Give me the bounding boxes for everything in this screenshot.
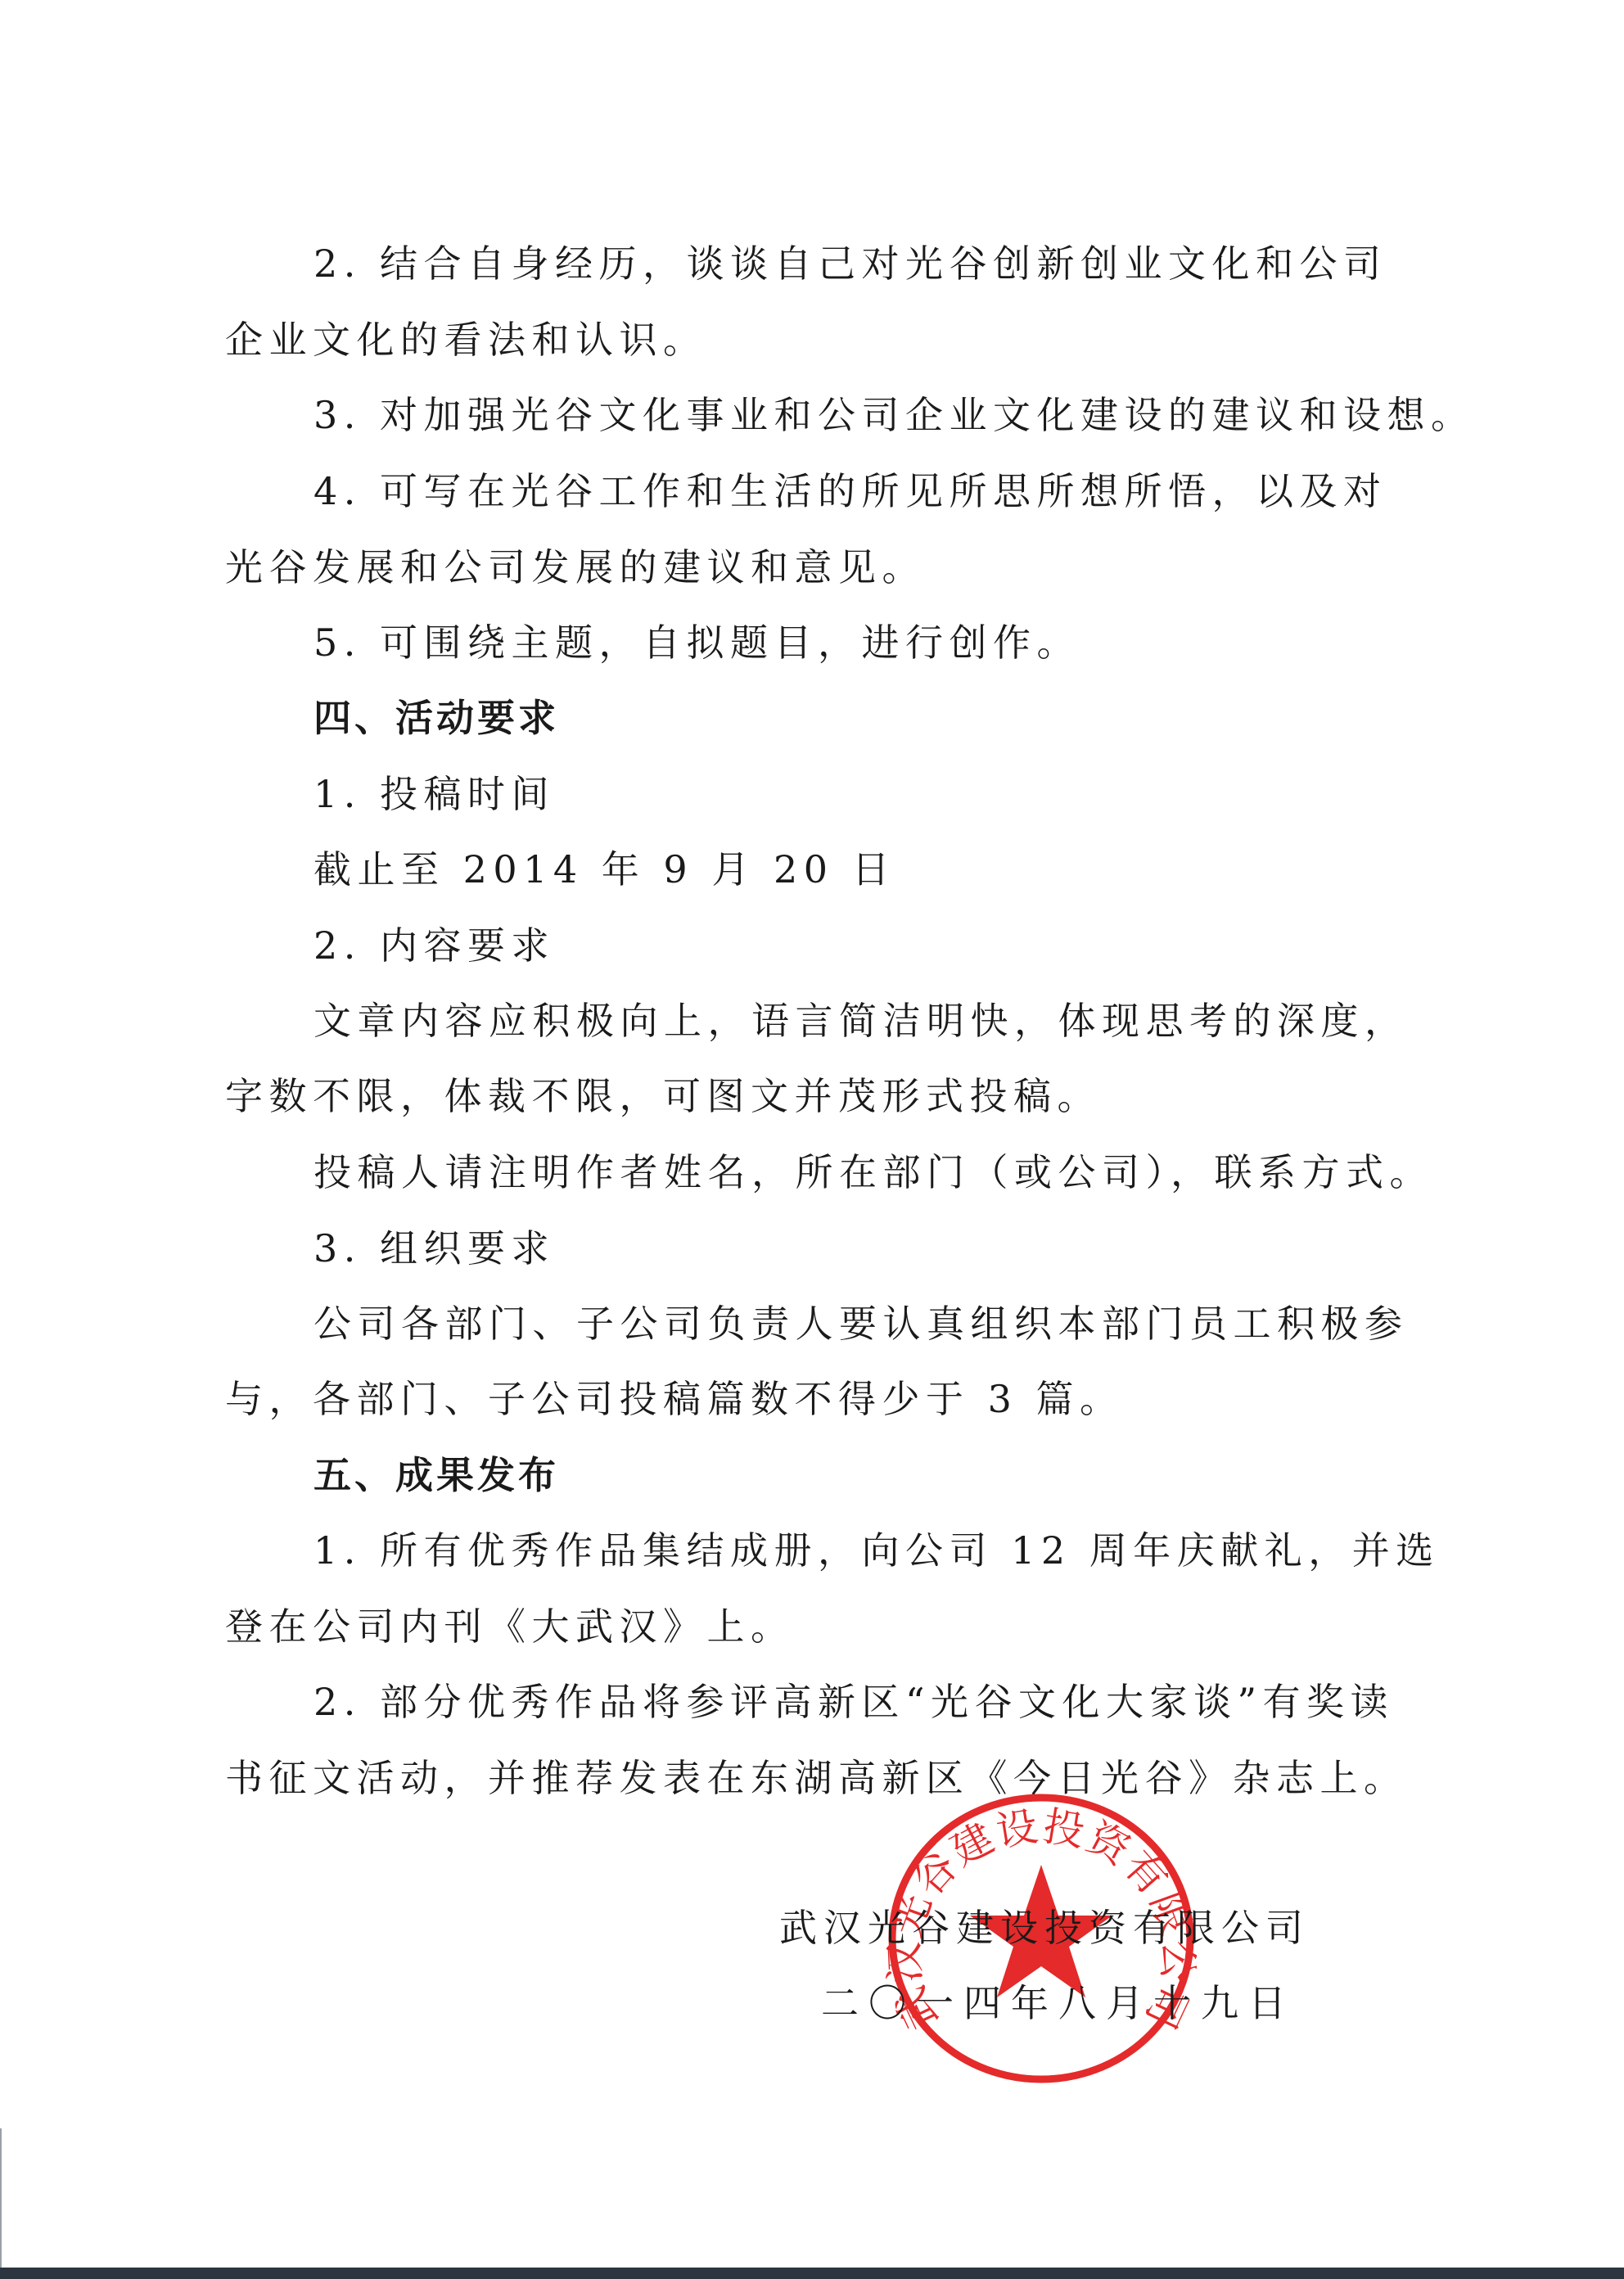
subheading-submission-time: 1. 投稿时间 xyxy=(314,771,1379,817)
subheading-content-requirements: 2. 内容要求 xyxy=(314,923,1379,968)
subheading-organization-requirements: 3. 组织要求 xyxy=(314,1225,1379,1271)
item-5: 5. 可围绕主题，自拟题目，进行创作。 xyxy=(314,620,1379,666)
section-heading-activity-requirements: 四、活动要求 xyxy=(314,695,1379,741)
org-req-line-2: 与，各部门、子公司投稿篇数不得少于 3 篇。 xyxy=(225,1376,1379,1422)
author-info-note: 投稿人请注明作者姓名，所在部门（或公司），联系方式。 xyxy=(314,1149,1379,1195)
item-2-line-1: 2. 结合自身经历，谈谈自己对光谷创新创业文化和公司 xyxy=(314,241,1379,287)
scan-edge-bottom xyxy=(0,2268,1624,2279)
org-req-line-1: 公司各部门、子公司负责人要认真组织本部门员工积极参 xyxy=(314,1301,1379,1347)
document-page: 2. 结合自身经历，谈谈自己对光谷创新创业文化和公司 企业文化的看法和认识。 3… xyxy=(0,0,1624,2279)
deadline-text: 截止至 2014 年 9 月 20 日 xyxy=(314,846,1379,892)
content-req-line-1: 文章内容应积极向上，语言简洁明快，体现思考的深度， xyxy=(314,998,1379,1044)
results-item-2-line-2: 书征文活动，并推荐发表在东湖高新区《今日光谷》杂志上。 xyxy=(225,1755,1379,1801)
signature-date: 二〇一四年八月十九日 xyxy=(821,1980,1296,2026)
results-item-1-line-2: 登在公司内刊《大武汉》上。 xyxy=(225,1604,1379,1649)
item-4-line-1: 4. 可写在光谷工作和生活的所见所思所想所悟，以及对 xyxy=(314,468,1379,514)
section-heading-results-release: 五、成果发布 xyxy=(314,1452,1379,1498)
scan-edge-left xyxy=(0,2128,2,2268)
item-4-line-2: 光谷发展和公司发展的建议和意见。 xyxy=(225,544,1379,590)
signature-company: 武汉光谷建设投资有限公司 xyxy=(779,1905,1310,1951)
results-item-1-line-1: 1. 所有优秀作品集结成册，向公司 12 周年庆献礼，并选 xyxy=(314,1528,1379,1573)
item-3: 3. 对加强光谷文化事业和公司企业文化建设的建议和设想。 xyxy=(314,392,1379,438)
results-item-2-line-1: 2. 部分优秀作品将参评高新区“光谷文化大家谈”有奖读 xyxy=(314,1679,1379,1725)
content-req-line-2: 字数不限，体裁不限，可图文并茂形式投稿。 xyxy=(225,1073,1379,1119)
item-2-line-2: 企业文化的看法和认识。 xyxy=(225,317,1379,363)
